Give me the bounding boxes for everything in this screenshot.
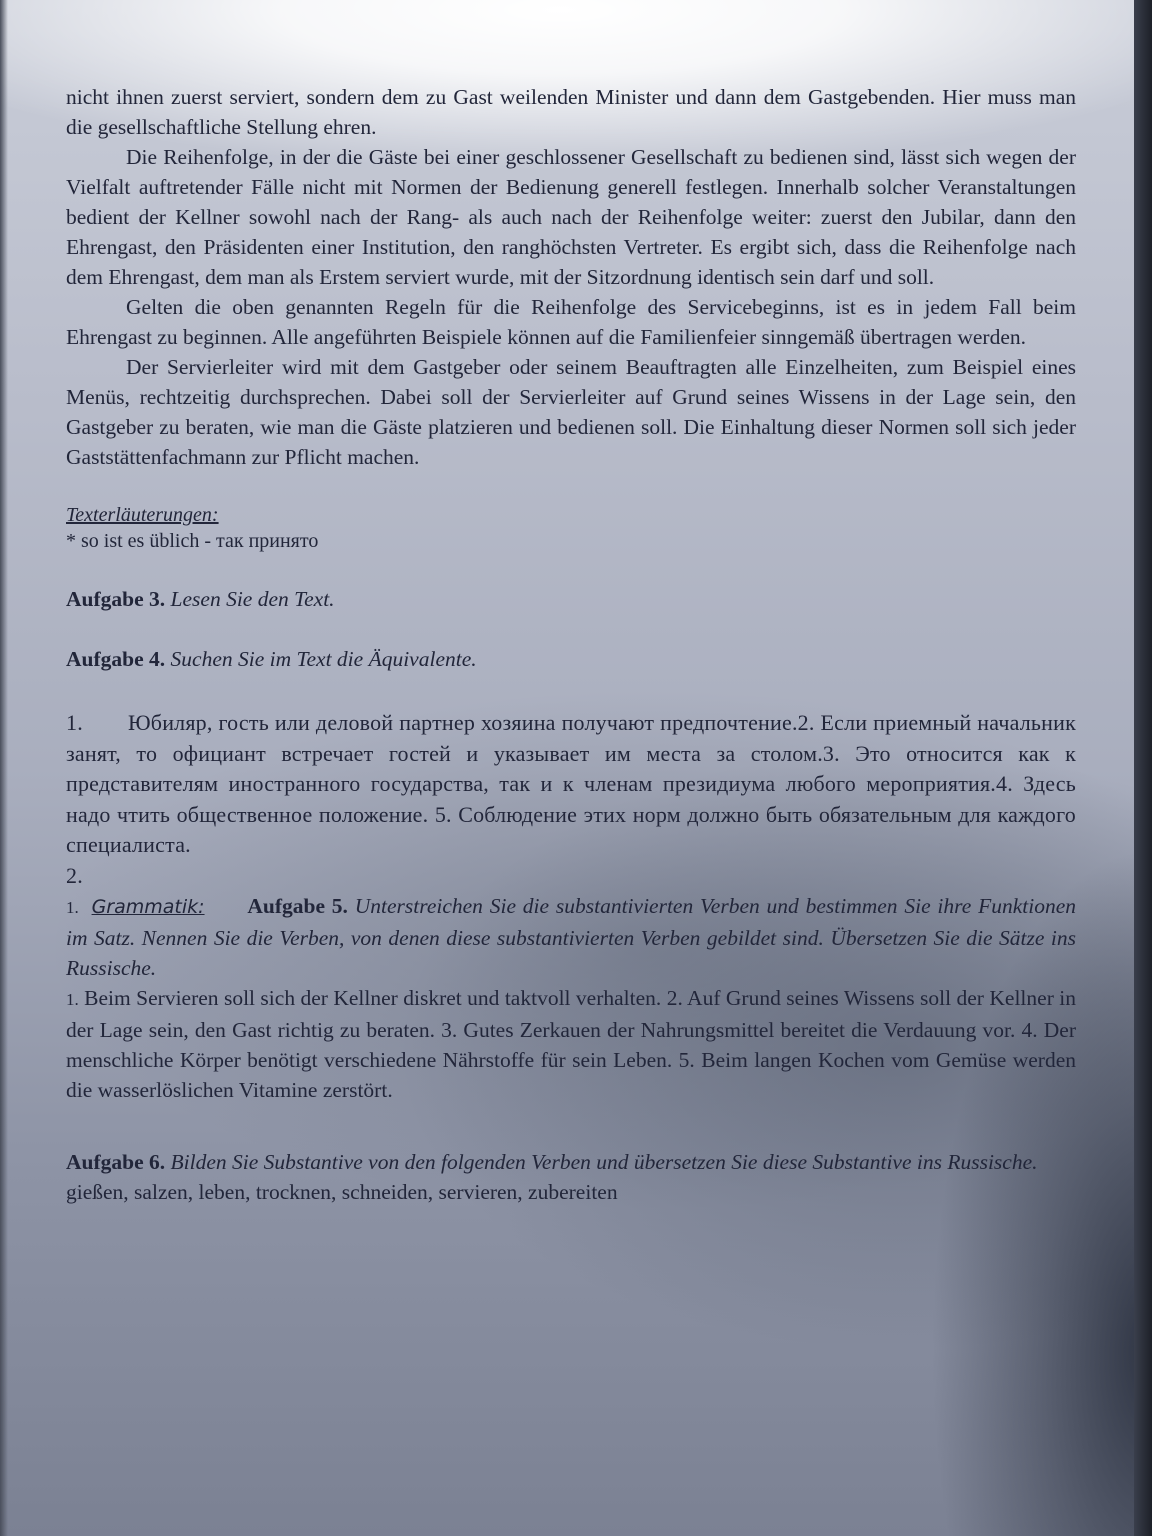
task-5-list-number: 1.	[66, 898, 79, 917]
task-5-sentences-number: 1.	[66, 990, 79, 1009]
spacer	[66, 674, 1076, 708]
task-3-label: Aufgabe 3.	[66, 587, 165, 611]
task-4-body: 1.Юбиляр, гость или деловой партнер хозя…	[66, 708, 1076, 861]
task-5-sentences-text: Beim Servieren soll sich der Kellner dis…	[66, 986, 1076, 1102]
task-4-text: Suchen Sie im Text die Äquivalente.	[171, 647, 477, 671]
task-6-verbs: gießen, salzen, leben, trocknen, schneid…	[66, 1177, 1076, 1207]
grammar-section-label: Grammatik:	[92, 896, 205, 918]
task-6-label: Aufgabe 6.	[66, 1150, 165, 1174]
task-6-text: Bilden Sie Substantive von den folgenden…	[171, 1150, 1038, 1174]
task-5-sentences: 1. Beim Servieren soll sich der Kellner …	[66, 983, 1076, 1105]
document-body: nicht ihnen zuerst serviert, sondern dem…	[66, 82, 1076, 1207]
notes-heading: Texterläuterungen:	[66, 502, 1076, 528]
task-5-label: Aufgabe 5.	[247, 894, 348, 918]
task-5-heading: 1. Grammatik: Aufgabe 5. Unterstreichen …	[66, 891, 1076, 983]
spacer	[66, 472, 1076, 502]
task-4-trailing-number: 2.	[66, 861, 1076, 892]
task-6: Aufgabe 6. Bilden Sie Substantive von de…	[66, 1147, 1076, 1177]
paragraph-3: Gelten die oben genannten Regeln für die…	[66, 292, 1076, 352]
task-3-text: Lesen Sie den Text.	[171, 587, 335, 611]
paragraph-1: nicht ihnen zuerst serviert, sondern dem…	[66, 82, 1076, 142]
page-shadow-right	[1134, 0, 1152, 1536]
task-3: Aufgabe 3. Lesen Sie den Text.	[66, 584, 1076, 614]
page-shadow-left	[0, 0, 8, 1536]
task-4-list-number: 1.	[66, 708, 128, 739]
spacer	[66, 1105, 1076, 1147]
spacer	[66, 554, 1076, 584]
task-5-text: Unterstreichen Sie die substantivierten …	[66, 894, 1076, 980]
task-4-label: Aufgabe 4.	[66, 647, 165, 671]
task-4-russian-sentences: Юбиляр, гость или деловой партнер хозяин…	[66, 710, 1076, 857]
notes-item: * so ist es üblich - так принято	[66, 528, 1076, 554]
paragraph-4: Der Servierleiter wird mit dem Gastgeber…	[66, 352, 1076, 472]
task-4: Aufgabe 4. Suchen Sie im Text die Äquiva…	[66, 644, 1076, 674]
paragraph-2: Die Reihenfolge, in der die Gäste bei ei…	[66, 142, 1076, 292]
spacer	[66, 614, 1076, 644]
